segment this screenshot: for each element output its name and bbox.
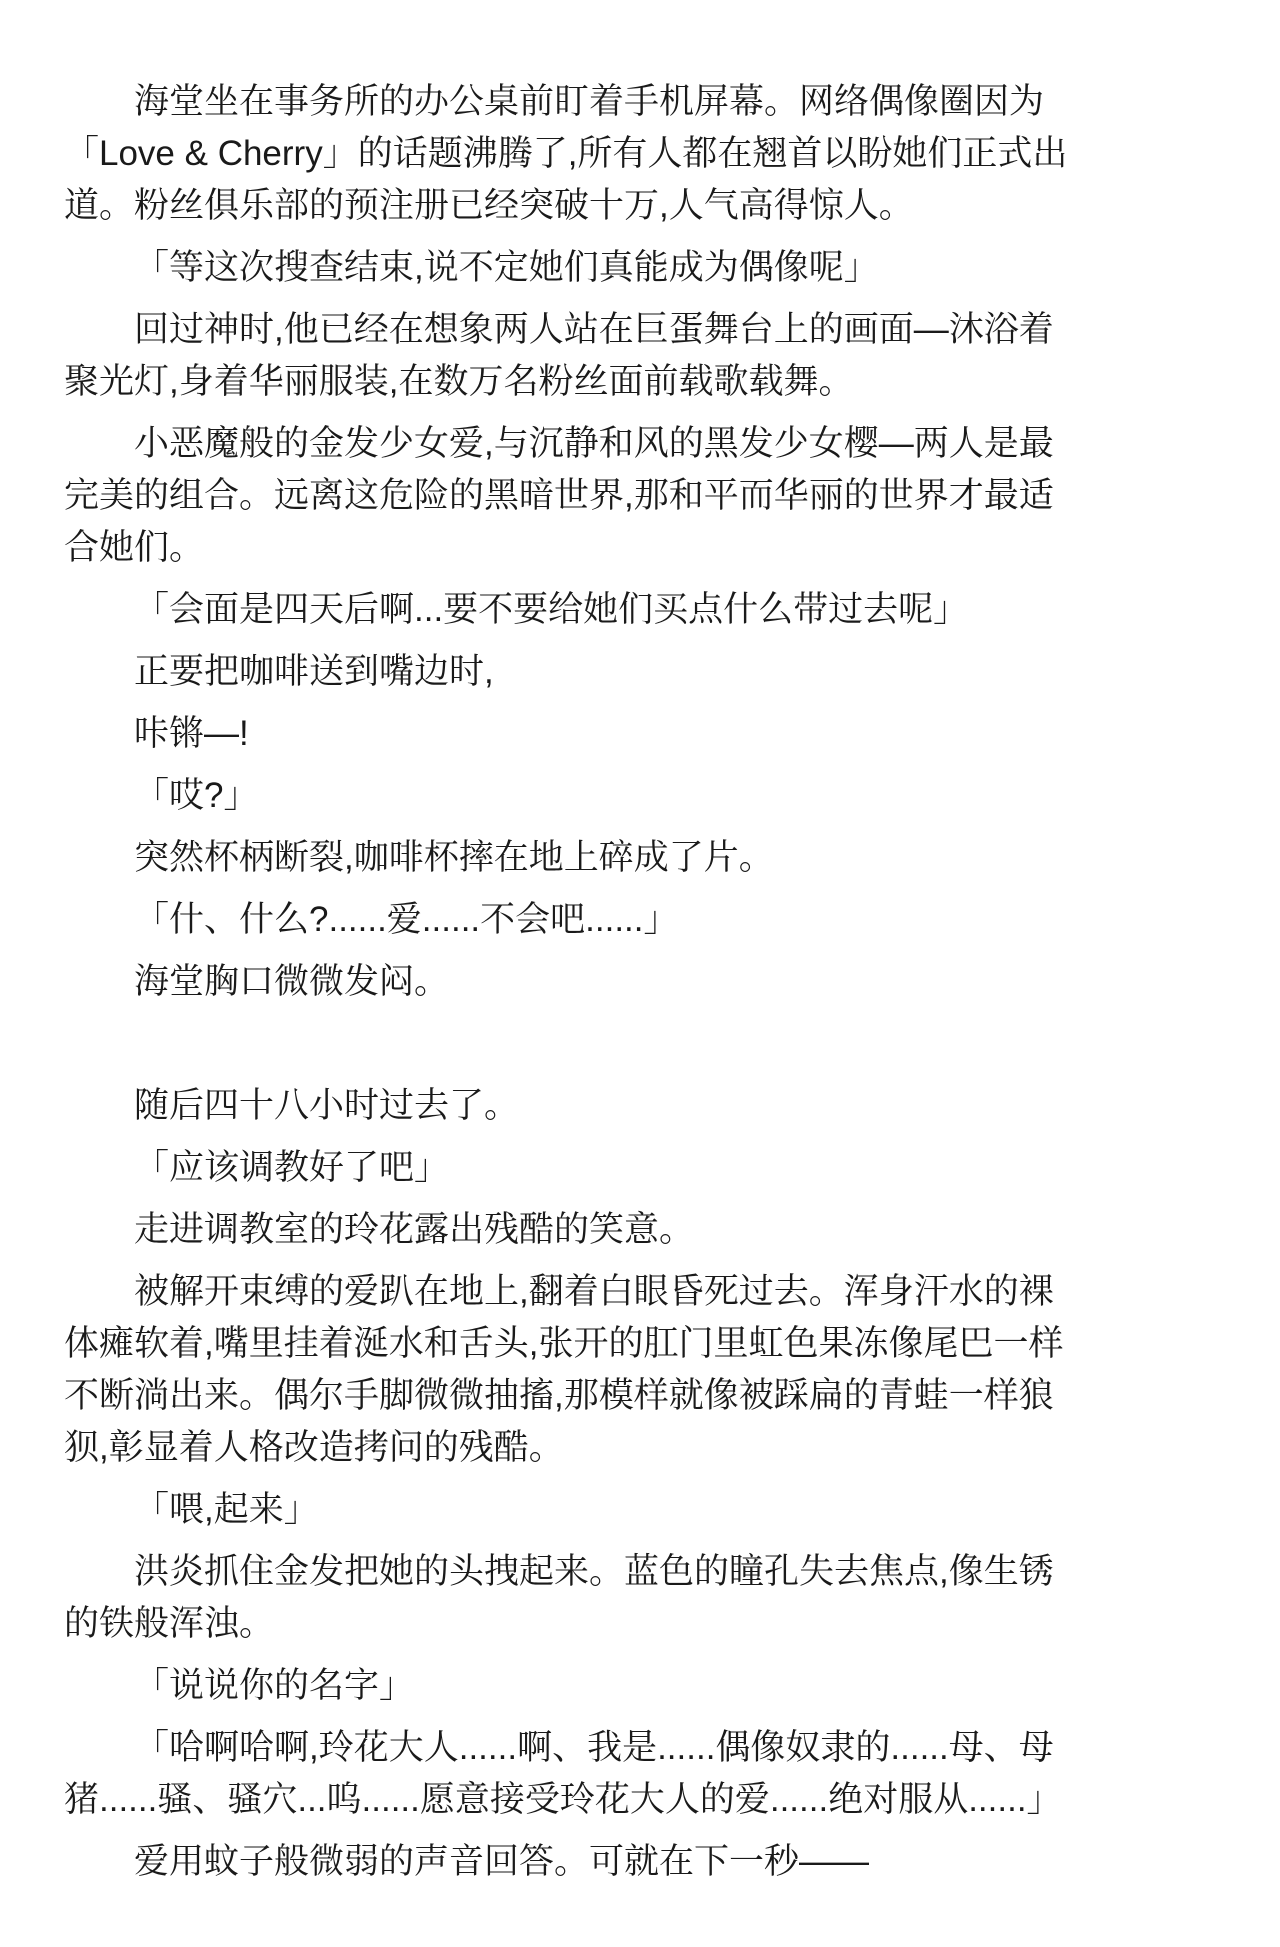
dialogue-line: 「会面是四天后啊...要不要给她们买点什么带过去呢」 [64, 584, 1072, 636]
dialogue-line: 「应该调教好了吧」 [64, 1142, 1072, 1194]
narration-paragraph: 海堂坐在事务所的办公桌前盯着手机屏幕。网络偶像圈因为「Love & Cherry… [64, 76, 1072, 232]
text-column: 海堂坐在事务所的办公桌前盯着手机屏幕。网络偶像圈因为「Love & Cherry… [64, 76, 1072, 1888]
narration-paragraph: 被解开束缚的爱趴在地上,翻着白眼昏死过去。浑身汗水的裸体瘫软着,嘴里挂着涎水和舌… [64, 1266, 1072, 1474]
narration-paragraph: 走进调教室的玲花露出残酷的笑意。 [64, 1204, 1072, 1256]
dialogue-line: 「喂,起来」 [64, 1484, 1072, 1536]
narration-paragraph: 正要把咖啡送到嘴边时, [64, 646, 1072, 698]
narration-paragraph: 咔锵—! [64, 708, 1072, 760]
narration-paragraph: 随后四十八小时过去了。 [64, 1080, 1072, 1132]
narration-paragraph: 爱用蚊子般微弱的声音回答。可就在下一秒—— [64, 1836, 1072, 1888]
narration-paragraph: 突然杯柄断裂,咖啡杯摔在地上碎成了片。 [64, 832, 1072, 884]
narration-paragraph: 小恶魔般的金发少女爱,与沉静和风的黑发少女樱—两人是最完美的组合。远离这危险的黑… [64, 418, 1072, 574]
dialogue-line: 「哎?」 [64, 770, 1072, 822]
novel-page: 海堂坐在事务所的办公桌前盯着手机屏幕。网络偶像圈因为「Love & Cherry… [0, 0, 1280, 1947]
scene-break-spacer [64, 1018, 1072, 1080]
narration-paragraph: 海堂胸口微微发闷。 [64, 956, 1072, 1008]
narration-paragraph: 回过神时,他已经在想象两人站在巨蛋舞台上的画面—沐浴着聚光灯,身着华丽服装,在数… [64, 304, 1072, 408]
narration-paragraph: 洪炎抓住金发把她的头拽起来。蓝色的瞳孔失去焦点,像生锈的铁般浑浊。 [64, 1546, 1072, 1650]
dialogue-line: 「什、什么?......爱......不会吧......」 [64, 894, 1072, 946]
dialogue-line: 「哈啊哈啊,玲花大人......啊、我是......偶像奴隶的......母、母… [64, 1722, 1072, 1826]
dialogue-line: 「说说你的名字」 [64, 1660, 1072, 1712]
dialogue-line: 「等这次搜查结束,说不定她们真能成为偶像呢」 [64, 242, 1072, 294]
